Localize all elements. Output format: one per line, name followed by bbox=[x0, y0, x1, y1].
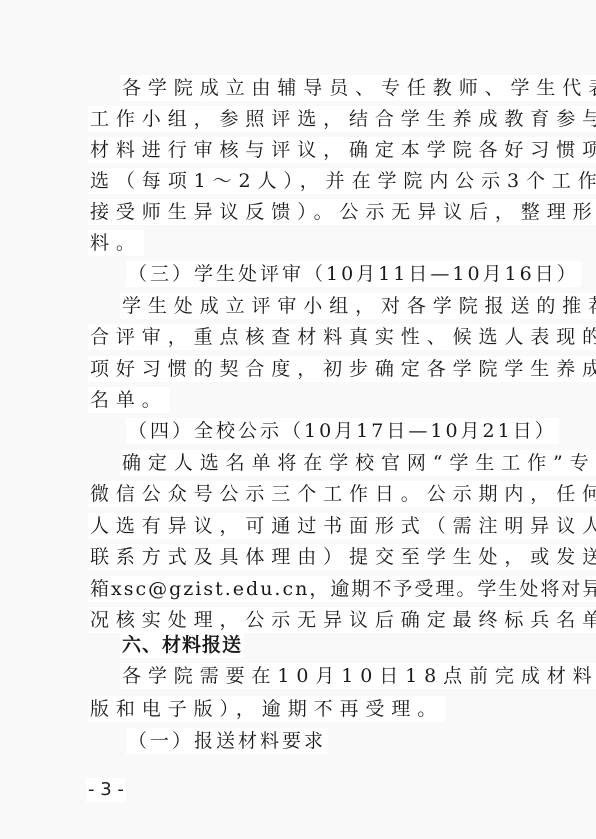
paragraph-line: 学生处成立评审小组，对各学院报送的推荐材料进行综 bbox=[120, 293, 596, 319]
subsection-heading-material-requirements: （一）报送材料要求 bbox=[126, 728, 328, 754]
paragraph-line: 版和电子版），逾期不再受理。 bbox=[88, 696, 445, 722]
paragraph-line: 各学院成立由辅导员、专任教师、学生代表组成的初审 bbox=[120, 75, 596, 101]
paragraph-line: 确定人选名单将在学校官网“学生工作”专栏、学生处 bbox=[120, 450, 596, 476]
paragraph-line-email: 箱xsc@gzist.edu.cn，逾期不予受理。学生处将对异议情 bbox=[88, 576, 596, 602]
section-heading-material-submission: 六、材料报送 bbox=[120, 632, 244, 658]
paragraph-line: 材料进行审核与评议，确定本学院各好习惯项目标兵推荐人 bbox=[88, 137, 596, 163]
paragraph-line: 合评审，重点核查材料真实性、候选人表现的典型性及与12 bbox=[88, 324, 596, 350]
paragraph-line: 各学院需要在10月10日18点前完成材料报送（纸质 bbox=[120, 663, 596, 689]
paragraph-line: 工作小组，参照评选，结合学生养成教育参与情况，对申请 bbox=[88, 106, 596, 132]
paragraph-line: 项好习惯的契合度，初步确定各学院学生养成教育标兵人选 bbox=[88, 356, 596, 382]
section-heading-student-affairs-review: （三）学生处评审（10月11日—10月16日） bbox=[126, 261, 581, 287]
section-heading-public-notice: （四）全校公示（10月17日—10月21日） bbox=[126, 418, 559, 444]
document-page: 各学院成立由辅导员、专任教师、学生代表组成的初审 工作小组，参照评选，结合学生养… bbox=[0, 0, 596, 839]
page-number: - 3 - bbox=[86, 778, 126, 802]
paragraph-line: 微信公众号公示三个工作日。公示期内，任何单位或个人对 bbox=[88, 481, 596, 507]
paragraph-line: 况核实处理，公示无异议后确定最终标兵名单。 bbox=[88, 607, 596, 633]
paragraph-line: 人选有异议，可通过书面形式（需注明异议人姓名、单位、 bbox=[88, 513, 596, 539]
paragraph-line: 料。 bbox=[88, 230, 144, 256]
paragraph-line: 名单。 bbox=[88, 387, 170, 413]
paragraph-line: 联系方式及具体理由）提交至学生处，或发送邮件至指定邮 bbox=[88, 544, 596, 570]
paragraph-line: 选（每项1～2人），并在学院内公示3个工作日（公示期内 bbox=[88, 168, 596, 194]
paragraph-line: 接受师生异议反馈）。公示无异议后，整理形成学院推荐材 bbox=[88, 199, 596, 225]
